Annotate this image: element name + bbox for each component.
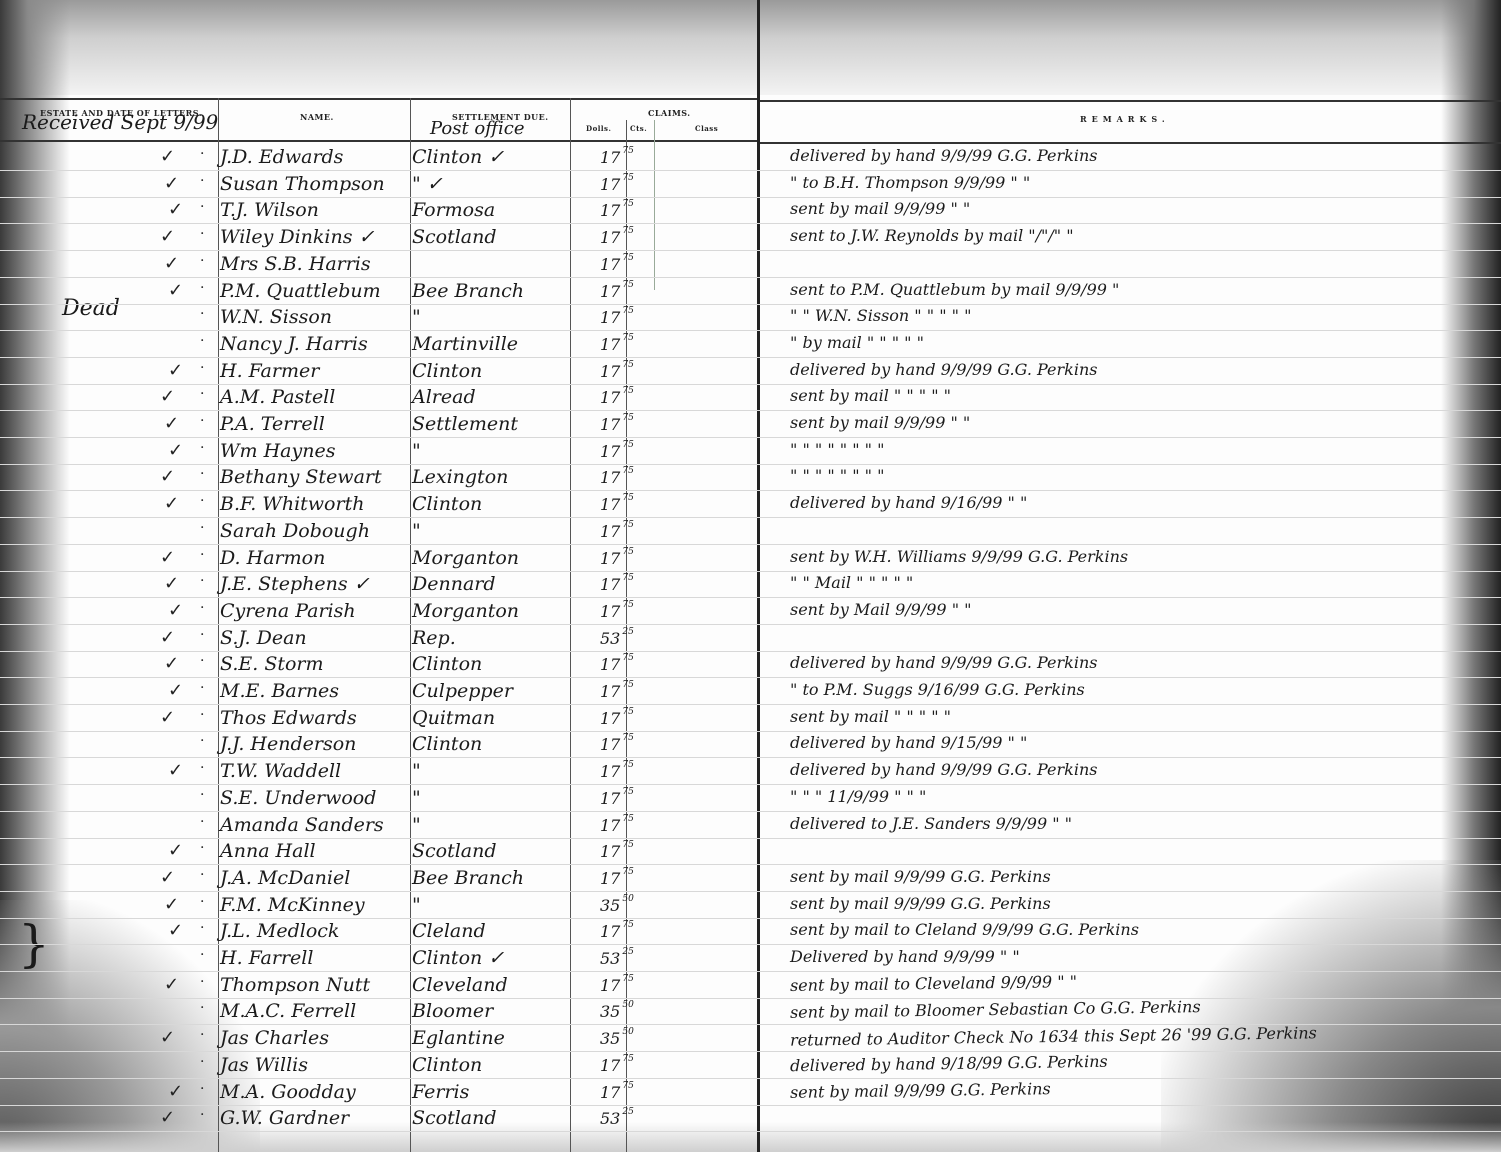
claim-amount: 1775	[600, 308, 634, 327]
check-mark: ✓	[160, 386, 175, 407]
entry-name: Mrs S.B. Harris	[220, 253, 371, 275]
claim-dollars: 17	[600, 976, 620, 995]
row-rule	[0, 197, 1501, 198]
claim-dollars: 17	[600, 201, 620, 220]
claim-cents: 75	[622, 600, 633, 610]
entry-remark: delivered by hand 9/9/99 G.G. Perkins	[790, 760, 1098, 779]
claim-dollars: 35	[600, 896, 620, 915]
row-bullet: ·	[200, 760, 204, 776]
entry-remark: " by mail " " " " "	[790, 333, 924, 352]
entry-name: Thompson Nutt	[220, 974, 370, 996]
check-mark: ✓	[160, 707, 175, 728]
header-dolls: Dolls.	[586, 124, 611, 133]
header-rule-bottom-right	[760, 142, 1501, 144]
check-mark: ✓	[168, 840, 183, 861]
entry-name: Nancy J. Harris	[220, 333, 368, 355]
entry-post-office: "	[412, 520, 421, 542]
entry-name: P.A. Terrell	[220, 413, 325, 435]
claim-amount: 1775	[600, 388, 634, 407]
row-bullet: ·	[200, 333, 204, 349]
entry-name: B.F. Whitworth	[220, 493, 364, 515]
entry-name: F.M. McKinney	[220, 894, 365, 916]
entry-name: M.A.C. Ferrell	[220, 1000, 356, 1022]
entry-remark: sent by mail " " " " "	[790, 386, 951, 405]
row-bullet: ·	[200, 947, 204, 963]
row-rule	[0, 277, 1501, 278]
claim-dollars: 17	[600, 735, 620, 754]
claim-amount: 5325	[600, 629, 634, 648]
row-bullet: ·	[200, 520, 204, 536]
check-mark: ✓	[160, 226, 175, 247]
claim-amount: 1775	[600, 869, 634, 888]
claim-cents: 75	[622, 253, 633, 263]
row-bullet: ·	[200, 493, 204, 509]
claim-dollars: 35	[600, 1002, 620, 1021]
check-mark: ✓	[164, 253, 179, 274]
entry-post-office: "	[412, 814, 421, 836]
row-rule	[0, 891, 1501, 892]
page-gutter	[757, 0, 760, 1152]
claim-dollars: 35	[600, 1029, 620, 1048]
entry-name: S.E. Underwood	[220, 787, 376, 809]
claim-amount: 1775	[600, 709, 634, 728]
check-mark: ✓	[168, 920, 183, 941]
entry-remark: delivered to J.E. Sanders 9/9/99 " "	[790, 814, 1072, 833]
row-rule	[0, 571, 1501, 572]
check-mark: ✓	[168, 680, 183, 701]
entry-name: M.A. Goodday	[220, 1081, 356, 1103]
entry-name: Wiley Dinkins ✓	[220, 226, 374, 248]
check-mark: ✓	[164, 894, 179, 915]
claim-amount: 1775	[600, 762, 634, 781]
row-rule	[0, 757, 1501, 758]
row-rule	[0, 544, 1501, 545]
row-rule	[0, 677, 1501, 678]
entry-post-office: "	[412, 894, 421, 916]
entry-remark: sent by mail 9/9/99 G.G. Perkins	[790, 867, 1051, 886]
entry-name: Susan Thompson	[220, 173, 385, 195]
entry-remark: delivered by hand 9/16/99 " "	[790, 493, 1027, 512]
entry-remark: delivered by hand 9/18/99 G.G. Perkins	[790, 1052, 1108, 1075]
entry-name: Bethany Stewart	[220, 466, 382, 488]
row-rule	[0, 1051, 1501, 1052]
entry-post-office: Bloomer	[412, 1000, 493, 1022]
check-mark: ✓	[168, 199, 183, 220]
entry-name: Jas Willis	[220, 1054, 308, 1076]
entry-remark: delivered by hand 9/9/99 G.G. Perkins	[790, 360, 1098, 379]
entry-name: J.J. Henderson	[220, 733, 356, 755]
claim-cents: 75	[622, 280, 633, 290]
entry-post-office: Clinton	[412, 493, 482, 515]
header-claims: CLAIMS.	[648, 108, 691, 118]
claim-dollars: 53	[600, 949, 620, 968]
claim-amount: 1775	[600, 362, 634, 381]
claim-dollars: 17	[600, 549, 620, 568]
claim-cents: 75	[622, 493, 633, 503]
entry-remark: Delivered by hand 9/9/99 " "	[790, 947, 1020, 966]
row-rule	[0, 170, 1501, 171]
entry-name: T.J. Wilson	[220, 199, 319, 221]
claim-dollars: 17	[600, 335, 620, 354]
header-cts: Cts.	[630, 124, 647, 133]
row-bullet: ·	[200, 1000, 204, 1016]
claim-amount: 1775	[600, 655, 634, 674]
row-rule	[0, 464, 1501, 465]
claim-amount: 1775	[600, 789, 634, 808]
entry-name: D. Harmon	[220, 547, 325, 569]
claim-dollars: 17	[600, 602, 620, 621]
claim-cents: 25	[622, 1107, 633, 1117]
claim-dollars: 17	[600, 682, 620, 701]
row-bullet: ·	[200, 306, 204, 322]
row-bullet: ·	[200, 974, 204, 990]
entry-post-office: Eglantine	[412, 1027, 505, 1049]
col-rule-dolls	[570, 98, 571, 1152]
claim-dollars: 53	[600, 1109, 620, 1128]
entry-name: A.M. Pastell	[220, 386, 335, 408]
claim-dollars: 17	[600, 922, 620, 941]
claim-cents: 75	[622, 306, 633, 316]
entry-name: P.M. Quattlebum	[220, 280, 381, 302]
row-bullet: ·	[200, 466, 204, 482]
entry-post-office: "	[412, 306, 421, 328]
claim-dollars: 17	[600, 842, 620, 861]
row-bullet: ·	[200, 413, 204, 429]
claim-cents: 50	[622, 1027, 633, 1037]
claim-amount: 3550	[600, 896, 634, 915]
header-rule-bottom-left	[0, 140, 757, 142]
entry-remark: sent to P.M. Quattlebum by mail 9/9/99 "	[790, 280, 1119, 299]
claim-dollars: 17	[600, 522, 620, 541]
claim-cents: 50	[622, 1000, 633, 1010]
row-bullet: ·	[200, 440, 204, 456]
check-mark: ✓	[164, 493, 179, 514]
claim-cents: 75	[622, 547, 633, 557]
col-rule-name	[218, 98, 219, 1152]
entry-name: J.A. McDaniel	[220, 867, 350, 889]
row-rule	[0, 384, 1501, 385]
check-mark: ✓	[160, 466, 175, 487]
entry-remark: " " " 11/9/99 " " "	[790, 787, 926, 806]
claim-amount: 1775	[600, 415, 634, 434]
entry-name: Amanda Sanders	[220, 814, 384, 836]
entry-post-office: Cleland	[412, 920, 486, 942]
entry-remark: " to B.H. Thompson 9/9/99 " "	[790, 173, 1030, 192]
row-rule	[0, 784, 1501, 785]
row-rule	[0, 597, 1501, 598]
claim-amount: 5325	[600, 1109, 634, 1128]
row-bullet: ·	[200, 867, 204, 883]
check-mark: ✓	[168, 360, 183, 381]
row-bullet: ·	[200, 840, 204, 856]
check-mark: ✓	[160, 146, 175, 167]
row-bullet: ·	[200, 573, 204, 589]
entry-post-office: Bee Branch	[412, 280, 524, 302]
claim-amount: 1775	[600, 602, 634, 621]
entry-name: J.D. Edwards	[220, 146, 343, 168]
claim-amount: 1775	[600, 1056, 634, 1075]
claim-amount: 1775	[600, 682, 634, 701]
claim-cents: 75	[622, 867, 633, 877]
entry-name: Jas Charles	[220, 1027, 329, 1049]
margin-note-dead: Dead	[62, 296, 120, 321]
entry-post-office: Morganton	[412, 600, 519, 622]
check-mark: ✓	[164, 653, 179, 674]
entry-name: G.W. Gardner	[220, 1107, 349, 1129]
entry-name: W.N. Sisson	[220, 306, 332, 328]
row-rule	[0, 1078, 1501, 1079]
claim-amount: 5325	[600, 949, 634, 968]
settlement-post-office-label: Post office	[430, 118, 525, 139]
claim-amount: 1775	[600, 175, 634, 194]
claim-cents: 75	[622, 1081, 633, 1091]
entry-remark: sent by mail to Cleveland 9/9/99 " "	[790, 972, 1077, 995]
claim-amount: 3550	[600, 1029, 634, 1048]
claim-amount: 1775	[600, 201, 634, 220]
claim-amount: 1775	[600, 922, 634, 941]
entry-name: H. Farmer	[220, 360, 319, 382]
claim-cents: 75	[622, 787, 633, 797]
check-mark: ✓	[168, 760, 183, 781]
row-rule	[0, 944, 1501, 945]
row-rule	[0, 838, 1501, 839]
entry-post-office: Clinton	[412, 1054, 482, 1076]
row-bullet: ·	[200, 199, 204, 215]
entry-remark: sent by mail 9/9/99 " "	[790, 199, 970, 218]
claim-cents: 75	[622, 680, 633, 690]
entry-name: H. Farrell	[220, 947, 313, 969]
claim-dollars: 17	[600, 495, 620, 514]
claim-dollars: 17	[600, 148, 620, 167]
col-rule-settlement	[410, 98, 411, 1152]
entry-remark: " " W.N. Sisson " " " " "	[790, 306, 971, 325]
row-bullet: ·	[200, 680, 204, 696]
entry-name: Anna Hall	[220, 840, 316, 862]
claim-cents: 75	[622, 733, 633, 743]
entry-remark: delivered by hand 9/9/99 G.G. Perkins	[790, 653, 1098, 672]
claim-amount: 1775	[600, 228, 634, 247]
check-mark: ✓	[160, 1107, 175, 1128]
claim-cents: 75	[622, 386, 633, 396]
entry-post-office: Formosa	[412, 199, 495, 221]
row-rule	[0, 864, 1501, 865]
claim-cents: 75	[622, 173, 633, 183]
row-bullet: ·	[200, 173, 204, 189]
row-bullet: ·	[200, 253, 204, 269]
claim-cents: 75	[622, 146, 633, 156]
claim-dollars: 17	[600, 1083, 620, 1102]
claim-dollars: 17	[600, 228, 620, 247]
check-mark: ✓	[160, 1027, 175, 1048]
entry-post-office: Ferris	[412, 1081, 469, 1103]
entry-remark: sent by Mail 9/9/99 " "	[790, 600, 972, 619]
row-rule	[0, 1131, 1501, 1132]
entry-remark: sent by mail to Cleland 9/9/99 G.G. Perk…	[790, 920, 1139, 939]
claim-cents: 75	[622, 707, 633, 717]
claim-amount: 1775	[600, 495, 634, 514]
claim-dollars: 17	[600, 362, 620, 381]
scan-shadow-top	[0, 0, 1501, 95]
claim-cents: 75	[622, 760, 633, 770]
entry-remark: sent by mail 9/9/99 G.G. Perkins	[790, 894, 1051, 913]
entry-post-office: Scotland	[412, 840, 497, 862]
row-bullet: ·	[200, 360, 204, 376]
entry-name: Thos Edwards	[220, 707, 357, 729]
claim-cents: 25	[622, 627, 633, 637]
claim-dollars: 17	[600, 308, 620, 327]
claim-dollars: 17	[600, 816, 620, 835]
check-mark: ✓	[160, 627, 175, 648]
entry-remark: sent by W.H. Williams 9/9/99 G.G. Perkin…	[790, 547, 1128, 566]
claim-dollars: 17	[600, 709, 620, 728]
check-mark: ✓	[164, 573, 179, 594]
claim-dollars: 53	[600, 629, 620, 648]
claim-dollars: 17	[600, 789, 620, 808]
entry-post-office: Clinton	[412, 360, 482, 382]
entry-remark: sent by mail to Bloomer Sebastian Co G.G…	[790, 998, 1201, 1023]
claim-dollars: 17	[600, 762, 620, 781]
entry-remark: " " Mail " " " " "	[790, 573, 913, 592]
entry-post-office: Settlement	[412, 413, 518, 435]
claim-amount: 1775	[600, 842, 634, 861]
entry-post-office: Lexington	[412, 466, 508, 488]
claim-amount: 1775	[600, 282, 634, 301]
entry-remark: delivered by hand 9/9/99 G.G. Perkins	[790, 146, 1098, 165]
check-mark: ✓	[160, 547, 175, 568]
header-rule-top-left	[0, 98, 757, 100]
row-bullet: ·	[200, 1054, 204, 1070]
row-rule	[0, 1105, 1501, 1106]
entry-post-office: Scotland	[412, 1107, 497, 1129]
claim-cents: 75	[622, 974, 633, 984]
claim-cents: 75	[622, 360, 633, 370]
claim-cents: 25	[622, 947, 633, 957]
entry-post-office: Culpepper	[412, 680, 513, 702]
entry-name: Sarah Dobough	[220, 520, 370, 542]
row-rule	[0, 731, 1501, 732]
entry-post-office: "	[412, 760, 421, 782]
row-rule	[0, 918, 1501, 919]
row-rule	[0, 704, 1501, 705]
check-mark: ✓	[160, 867, 175, 888]
claim-cents: 75	[622, 653, 633, 663]
check-mark: ✓	[164, 173, 179, 194]
entry-post-office: Cleveland	[412, 974, 508, 996]
row-bullet: ·	[200, 707, 204, 723]
claim-cents: 75	[622, 413, 633, 423]
col-rule-class	[654, 120, 655, 290]
claim-dollars: 17	[600, 388, 620, 407]
row-bullet: ·	[200, 600, 204, 616]
claim-amount: 1775	[600, 549, 634, 568]
check-mark: ✓	[168, 280, 183, 301]
header-name: NAME.	[300, 112, 334, 122]
header-class: Class	[695, 124, 718, 133]
claim-cents: 75	[622, 840, 633, 850]
check-mark: ✓	[168, 440, 183, 461]
claim-amount: 1775	[600, 976, 634, 995]
claim-amount: 1775	[600, 468, 634, 487]
claim-amount: 1775	[600, 1083, 634, 1102]
claim-amount: 1775	[600, 816, 634, 835]
row-rule	[0, 971, 1501, 972]
row-bullet: ·	[200, 814, 204, 830]
entry-post-office: Quitman	[412, 707, 495, 729]
row-bullet: ·	[200, 146, 204, 162]
estate-received-note: Received Sept 9/99	[22, 110, 218, 134]
entry-name: S.E. Storm	[220, 653, 324, 675]
entry-name: S.J. Dean	[220, 627, 307, 649]
entry-name: M.E. Barnes	[220, 680, 339, 702]
claim-cents: 75	[622, 199, 633, 209]
row-rule	[0, 811, 1501, 812]
claim-cents: 75	[622, 920, 633, 930]
entry-remark: sent to J.W. Reynolds by mail "/"/" "	[790, 226, 1074, 245]
claim-dollars: 17	[600, 1056, 620, 1075]
claim-amount: 1775	[600, 522, 634, 541]
row-bullet: ·	[200, 1081, 204, 1097]
entry-remark: " " " " " " " "	[790, 440, 884, 459]
claim-dollars: 17	[600, 255, 620, 274]
claim-dollars: 17	[600, 575, 620, 594]
row-bullet: ·	[200, 653, 204, 669]
row-bullet: ·	[200, 894, 204, 910]
claim-amount: 1775	[600, 255, 634, 274]
claim-cents: 75	[622, 466, 633, 476]
check-mark: ✓	[168, 1081, 183, 1102]
check-mark: ✓	[164, 974, 179, 995]
header-remarks: REMARKS.	[1080, 114, 1170, 124]
claim-amount: 1775	[600, 442, 634, 461]
row-bullet: ·	[200, 547, 204, 563]
entry-post-office: Clinton	[412, 733, 482, 755]
row-bullet: ·	[200, 787, 204, 803]
claim-cents: 50	[622, 894, 633, 904]
claim-amount: 1775	[600, 735, 634, 754]
row-rule	[0, 410, 1501, 411]
claim-dollars: 17	[600, 415, 620, 434]
entry-post-office: Bee Branch	[412, 867, 524, 889]
entry-name: T.W. Waddell	[220, 760, 341, 782]
check-mark: ✓	[164, 413, 179, 434]
entry-post-office: Dennard	[412, 573, 496, 595]
row-bullet: ·	[200, 733, 204, 749]
claim-cents: 75	[622, 1054, 633, 1064]
entry-remark: " to P.M. Suggs 9/16/99 G.G. Perkins	[790, 680, 1085, 699]
claim-cents: 75	[622, 573, 633, 583]
entry-name: J.L. Medlock	[220, 920, 339, 942]
row-bullet: ·	[200, 627, 204, 643]
entry-remark: sent by mail " " " " "	[790, 707, 951, 726]
row-rule	[0, 517, 1501, 518]
entry-remark: sent by mail 9/9/99 " "	[790, 413, 970, 432]
entry-post-office: Clinton ✓	[412, 947, 504, 969]
entry-post-office: Clinton ✓	[412, 146, 504, 168]
claim-cents: 75	[622, 333, 633, 343]
entry-remark: sent by mail 9/9/99 G.G. Perkins	[790, 1079, 1051, 1102]
row-bullet: ·	[200, 920, 204, 936]
claim-dollars: 17	[600, 655, 620, 674]
claim-amount: 1775	[600, 335, 634, 354]
claim-cents: 75	[622, 440, 633, 450]
header-rule-top-right	[760, 100, 1501, 102]
row-bullet: ·	[200, 280, 204, 296]
claim-dollars: 17	[600, 468, 620, 487]
scan-shadow-right-bottom	[1161, 860, 1501, 1152]
claim-cents: 75	[622, 814, 633, 824]
row-rule	[0, 223, 1501, 224]
claim-cents: 75	[622, 226, 633, 236]
